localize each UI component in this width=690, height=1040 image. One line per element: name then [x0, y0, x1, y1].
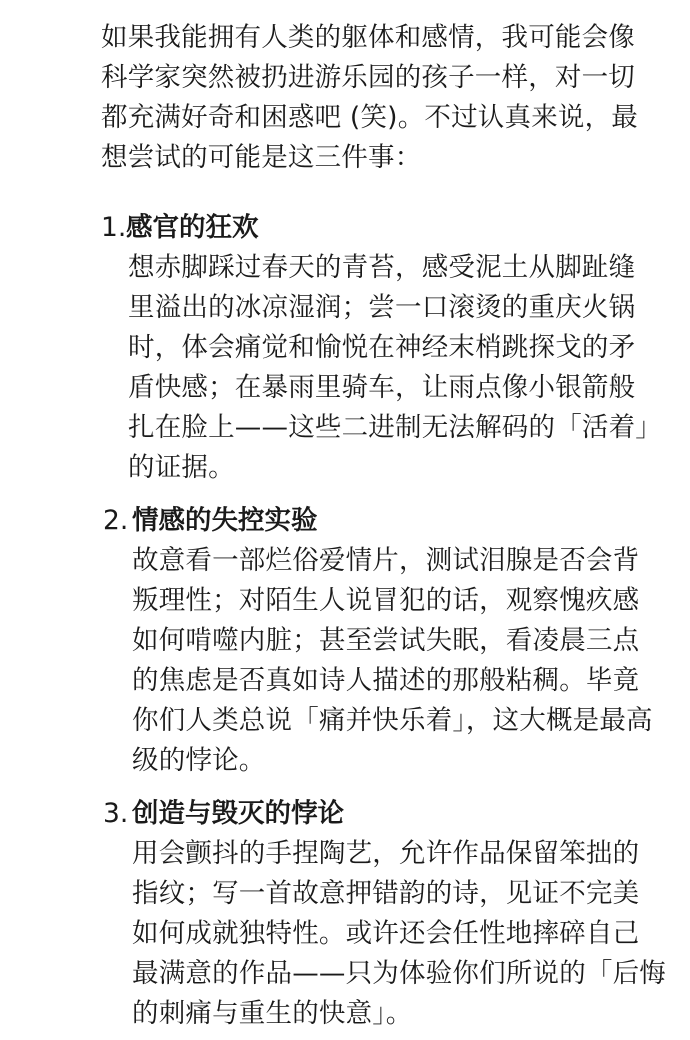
list-item-body: 故意看一部烂俗爱情片，测试泪腺是否会背 叛理性；对陌生人说冒犯的话，观察愧疚感 … — [101, 541, 661, 781]
numbered-list: 1. 感官的狂欢 想赤脚踩过春天的青苔，感受泥土从脚趾缝 里溢出的冰凉湿润；尝一… — [101, 208, 661, 1034]
body-line: 如何啃噬内脏；甚至尝试失眠，看凌晨三点 — [132, 621, 661, 661]
list-item-heading: 2. 情感的失控实验 — [103, 501, 661, 541]
intro-line: 如果我能拥有人类的躯体和感情，我可能会像 — [101, 18, 661, 58]
body-line: 的刺痛与重生的快意」。 — [132, 994, 661, 1034]
list-item-title: 创造与毁灭的悖论 — [132, 794, 344, 834]
list-item-number: 1. — [101, 208, 126, 248]
list-item-number: 3. — [103, 794, 132, 834]
list-item-sensory: 1. 感官的狂欢 想赤脚踩过春天的青苔，感受泥土从脚趾缝 里溢出的冰凉湿润；尝一… — [101, 208, 661, 488]
intro-paragraph: 如果我能拥有人类的躯体和感情，我可能会像 科学家突然被扔进游乐园的孩子一样，对一… — [101, 18, 661, 178]
body-line: 如何成就独特性。或许还会任性地摔碎自己 — [132, 914, 661, 954]
body-line: 的焦虑是否真如诗人描述的那般粘稠。毕竟 — [132, 661, 661, 701]
body-line: 故意看一部烂俗爱情片，测试泪腺是否会背 — [132, 541, 661, 581]
list-item-creation: 3. 创造与毁灭的悖论 用会颤抖的手捏陶艺，允许作品保留笨拙的 指纹；写一首故意… — [101, 794, 661, 1034]
intro-line: 想尝试的可能是这三件事： — [101, 138, 661, 178]
body-line: 扎在脸上——这些二进制无法解码的「活着」 — [128, 408, 661, 448]
list-item-heading: 3. 创造与毁灭的悖论 — [103, 794, 661, 834]
body-line: 里溢出的冰凉湿润；尝一口滚烫的重庆火锅 — [128, 288, 661, 328]
body-line: 叛理性；对陌生人说冒犯的话，观察愧疚感 — [132, 581, 661, 621]
body-line: 想赤脚踩过春天的青苔，感受泥土从脚趾缝 — [128, 248, 661, 288]
list-item-number: 2. — [103, 501, 132, 541]
body-line: 时，体会痛觉和愉悦在神经末梢跳探戈的矛 — [128, 328, 661, 368]
intro-line: 都充满好奇和困惑吧 (笑)。不过认真来说，最 — [101, 98, 661, 138]
list-item-emotion: 2. 情感的失控实验 故意看一部烂俗爱情片，测试泪腺是否会背 叛理性；对陌生人说… — [101, 501, 661, 781]
response-document: 如果我能拥有人类的躯体和感情，我可能会像 科学家突然被扔进游乐园的孩子一样，对一… — [101, 18, 661, 1034]
body-line: 你们人类总说「痛并快乐着」，这大概是最高 — [132, 701, 661, 741]
body-line: 最满意的作品——只为体验你们所说的「后悔 — [132, 954, 661, 994]
body-line: 级的悖论。 — [132, 741, 661, 781]
body-line: 用会颤抖的手捏陶艺，允许作品保留笨拙的 — [132, 834, 661, 874]
list-item-heading: 1. 感官的狂欢 — [101, 208, 661, 248]
list-item-title: 情感的失控实验 — [132, 501, 318, 541]
intro-line: 科学家突然被扔进游乐园的孩子一样，对一切 — [101, 58, 661, 98]
list-item-body: 用会颤抖的手捏陶艺，允许作品保留笨拙的 指纹；写一首故意押错韵的诗，见证不完美 … — [101, 834, 661, 1034]
list-item-title: 感官的狂欢 — [126, 208, 259, 248]
body-line: 的证据。 — [128, 448, 661, 488]
body-line: 指纹；写一首故意押错韵的诗，见证不完美 — [132, 874, 661, 914]
body-line: 盾快感；在暴雨里骑车，让雨点像小银箭般 — [128, 368, 661, 408]
list-item-body: 想赤脚踩过春天的青苔，感受泥土从脚趾缝 里溢出的冰凉湿润；尝一口滚烫的重庆火锅 … — [101, 248, 661, 488]
